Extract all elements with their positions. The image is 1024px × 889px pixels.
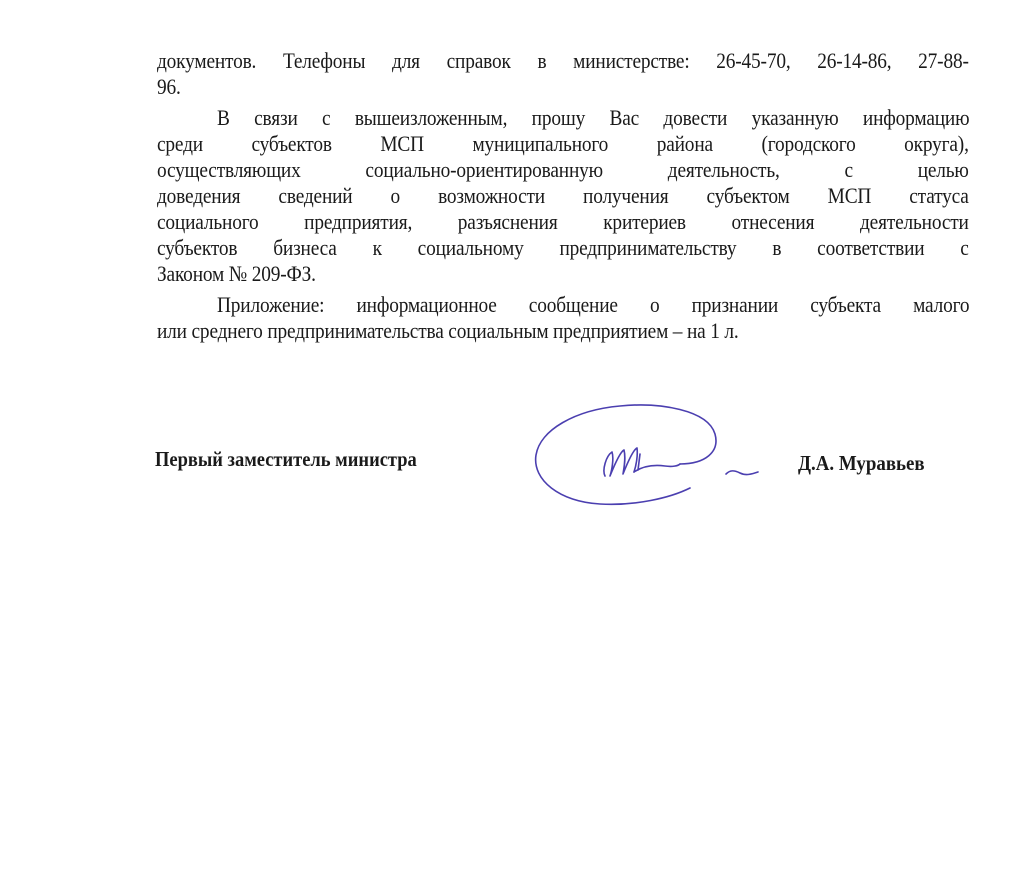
document-page: документов. Телефоны для справок в минис… — [0, 0, 1024, 889]
handwritten-signature-icon — [530, 400, 770, 512]
signatory-name: Д.А. Муравьев — [798, 450, 925, 476]
signatory-position: Первый заместитель министра — [155, 446, 417, 472]
signature-block: Первый заместитель министра Д.А. Муравье… — [0, 0, 1024, 889]
